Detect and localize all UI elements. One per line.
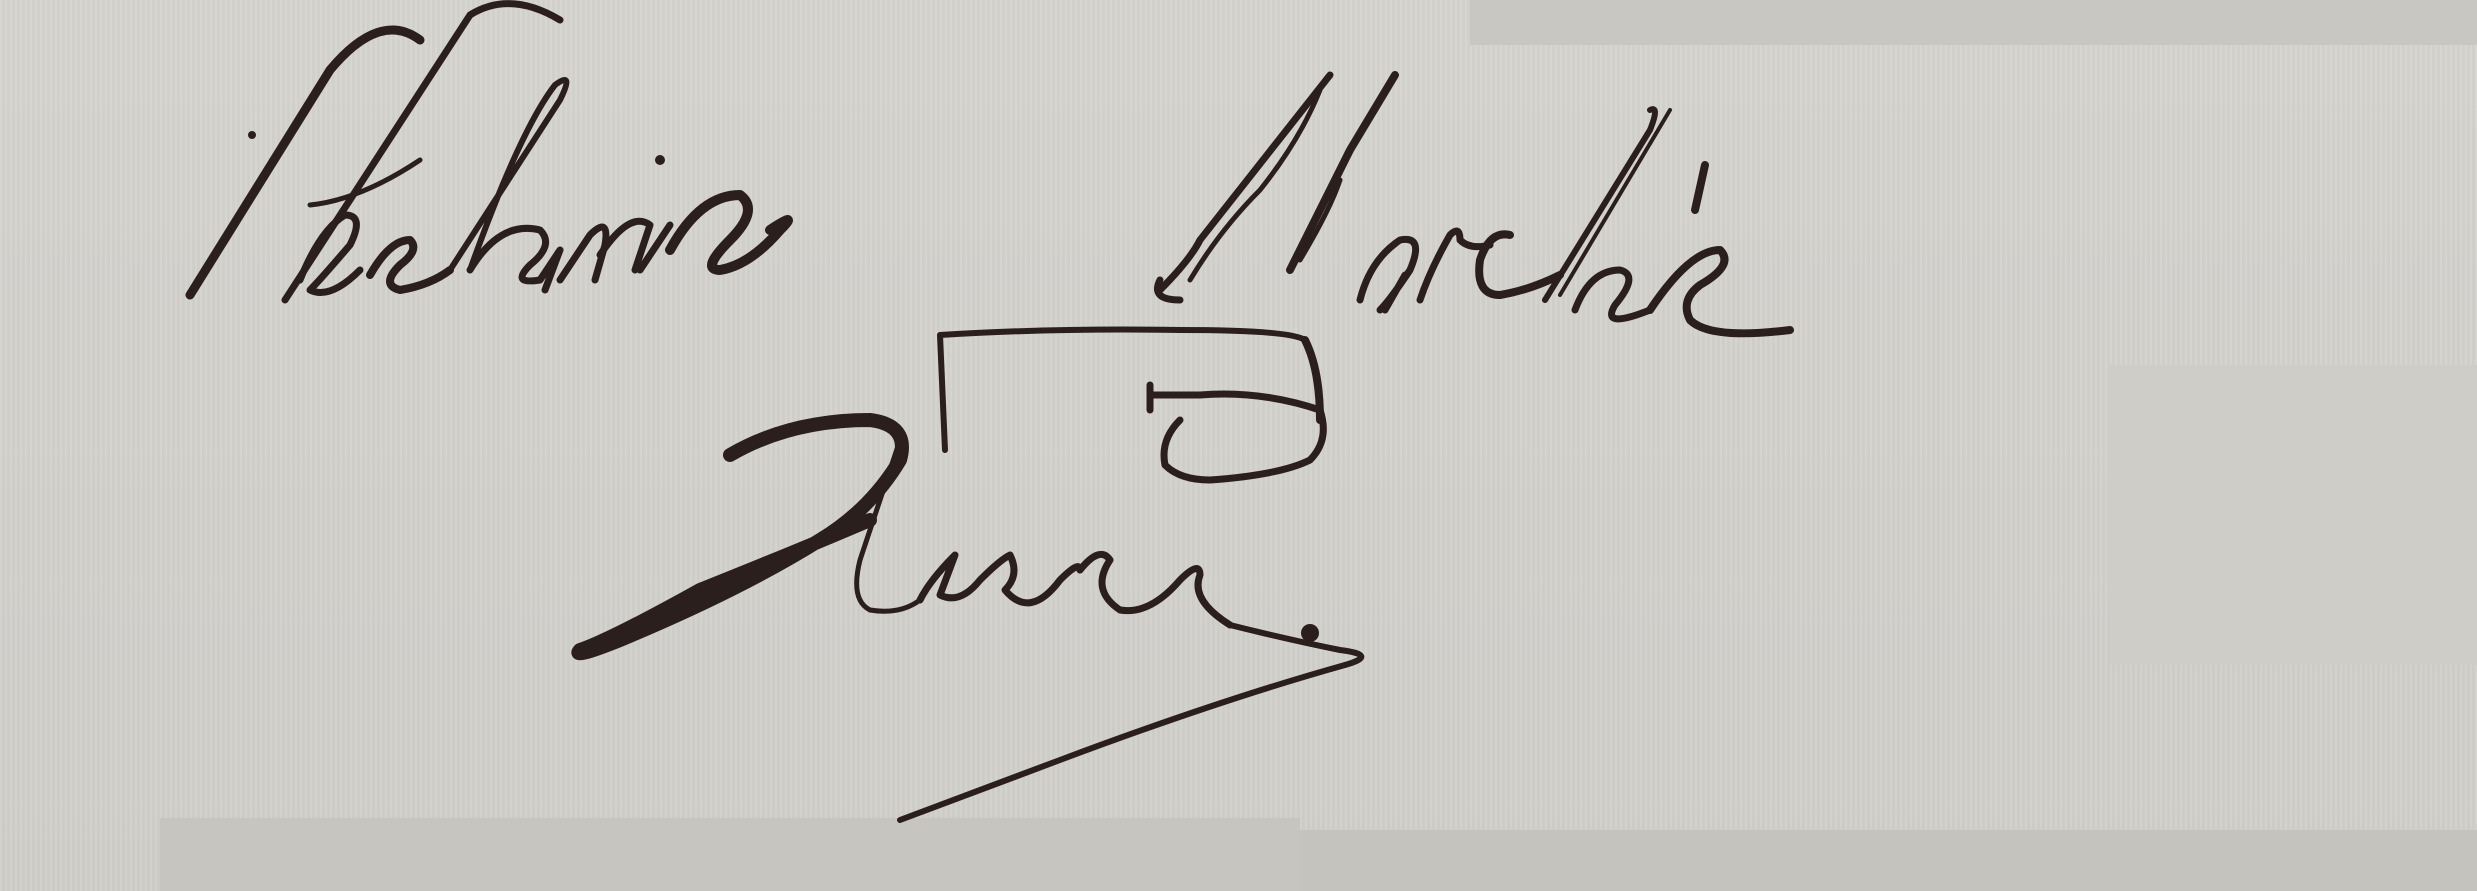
signature-melanie	[190, 4, 788, 300]
signature-ink	[0, 0, 2477, 891]
signature-marche	[1158, 75, 1791, 333]
signature-pierre	[578, 330, 1361, 820]
